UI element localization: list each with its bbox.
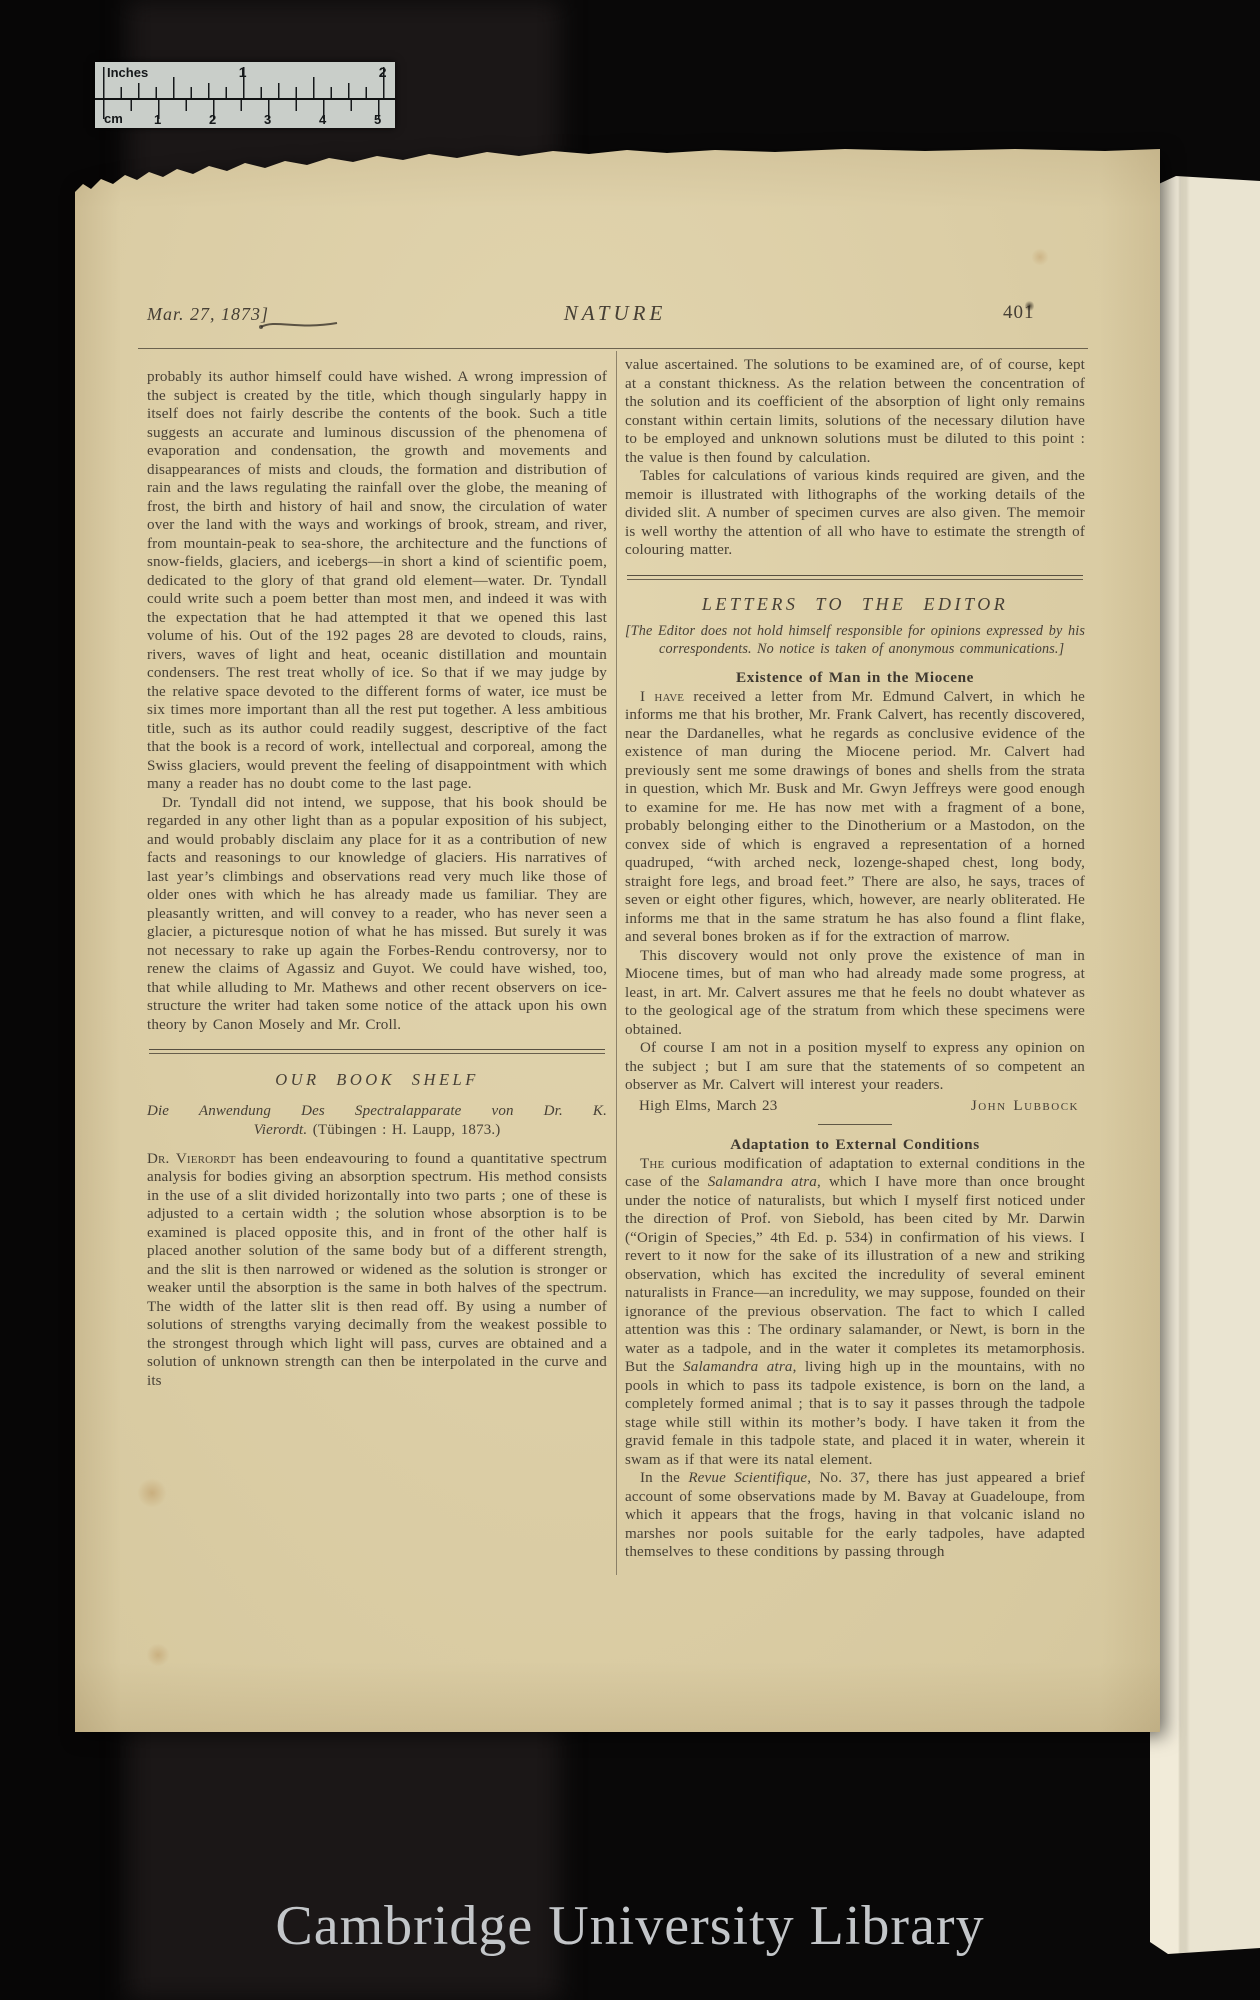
foxing-stain bbox=[135, 1478, 169, 1508]
ruler-cm-number: 5 bbox=[374, 112, 381, 127]
letter-place-date: High Elms, March 23 bbox=[639, 1097, 777, 1116]
letter-signature: John Lubbock bbox=[971, 1097, 1079, 1116]
right-column: value ascertained. The solutions to be e… bbox=[625, 356, 1085, 1562]
ruler-ticks-inch bbox=[103, 67, 393, 98]
article-paragraph: value ascertained. The solutions to be e… bbox=[625, 356, 1085, 467]
ruler-cm-number: 3 bbox=[264, 112, 271, 127]
album-backing-page-edge bbox=[1150, 176, 1260, 1954]
letter-signature-row: High Elms, March 23 John Lubbock bbox=[625, 1097, 1085, 1116]
ruler-cm-scale: cm 1 2 3 4 5 bbox=[95, 100, 395, 128]
section-double-rule bbox=[149, 1049, 605, 1054]
review-paragraph: Dr. Tyndall did not intend, we suppose, … bbox=[147, 794, 607, 1035]
ink-flourish-mark bbox=[257, 316, 343, 334]
review-paragraph: probably its author himself could have w… bbox=[147, 368, 607, 794]
foxing-stain bbox=[145, 1643, 171, 1667]
book-reference-line: Vierordt. (Tübingen : H. Laupp, 1873.) bbox=[147, 1121, 607, 1140]
ruler-cm-label: cm bbox=[104, 111, 123, 126]
letter-paragraph: Of course I am not in a position myself … bbox=[625, 1039, 1085, 1095]
book-reference-line: Die Anwendung Des Spectralapparate von D… bbox=[147, 1102, 607, 1121]
section-double-rule bbox=[627, 575, 1083, 580]
library-caption: Cambridge University Library bbox=[275, 1894, 984, 1958]
section-heading-our-book-shelf: OUR BOOK SHELF bbox=[147, 1071, 607, 1090]
ruler-ticks-cm bbox=[103, 100, 393, 119]
letter-separator-rule bbox=[818, 1124, 892, 1125]
letter-paragraph: The curious modification of adaptation t… bbox=[625, 1155, 1085, 1470]
article-paragraph: Tables for calculations of various kinds… bbox=[625, 467, 1085, 560]
section-heading-letters-to-the-editor: LETTERS TO THE EDITOR bbox=[625, 595, 1085, 614]
review-paragraph: Dr. Vierordt has been endeavouring to fo… bbox=[147, 1150, 607, 1391]
book-reference: Die Anwendung Des Spectralapparate von D… bbox=[147, 1102, 607, 1140]
ruler: Inches 1 2 cm 1 2 3 4 5 bbox=[95, 62, 395, 128]
header-date: Mar. 27, 1873] bbox=[147, 304, 269, 325]
journal-title: NATURE bbox=[564, 301, 667, 326]
letter-paragraph: This discovery would not only prove the … bbox=[625, 947, 1085, 1040]
letter-heading-adaptation: Adaptation to External Conditions bbox=[625, 1136, 1085, 1155]
ruler-cm-number: 4 bbox=[319, 112, 326, 127]
ruler-cm-number: 1 bbox=[154, 112, 161, 127]
column-divider-rule bbox=[616, 351, 617, 1575]
journal-page: Mar. 27, 1873] NATURE 401 probably its a… bbox=[75, 148, 1160, 1732]
scanned-page-wrapper: Mar. 27, 1873] NATURE 401 probably its a… bbox=[75, 148, 1160, 1732]
page-number: 401 bbox=[1003, 302, 1035, 324]
ruler-cm-number: 2 bbox=[209, 112, 216, 127]
left-column: probably its author himself could have w… bbox=[147, 368, 607, 1390]
letter-heading-existence-of-man: Existence of Man in the Miocene bbox=[625, 669, 1085, 688]
editor-disclaimer-note: [The Editor does not hold himself respon… bbox=[625, 622, 1085, 658]
letter-paragraph: I have received a letter from Mr. Edmund… bbox=[625, 688, 1085, 947]
foxing-stain bbox=[1030, 248, 1050, 266]
ruler-inches-scale: Inches 1 2 bbox=[95, 62, 395, 100]
header-rule bbox=[138, 348, 1088, 349]
letter-paragraph: In the Revue Scientifique, No. 37, there… bbox=[625, 1469, 1085, 1562]
photographed-album-spread: { "ruler": { "inches_label": "Inches", "… bbox=[0, 0, 1260, 2000]
